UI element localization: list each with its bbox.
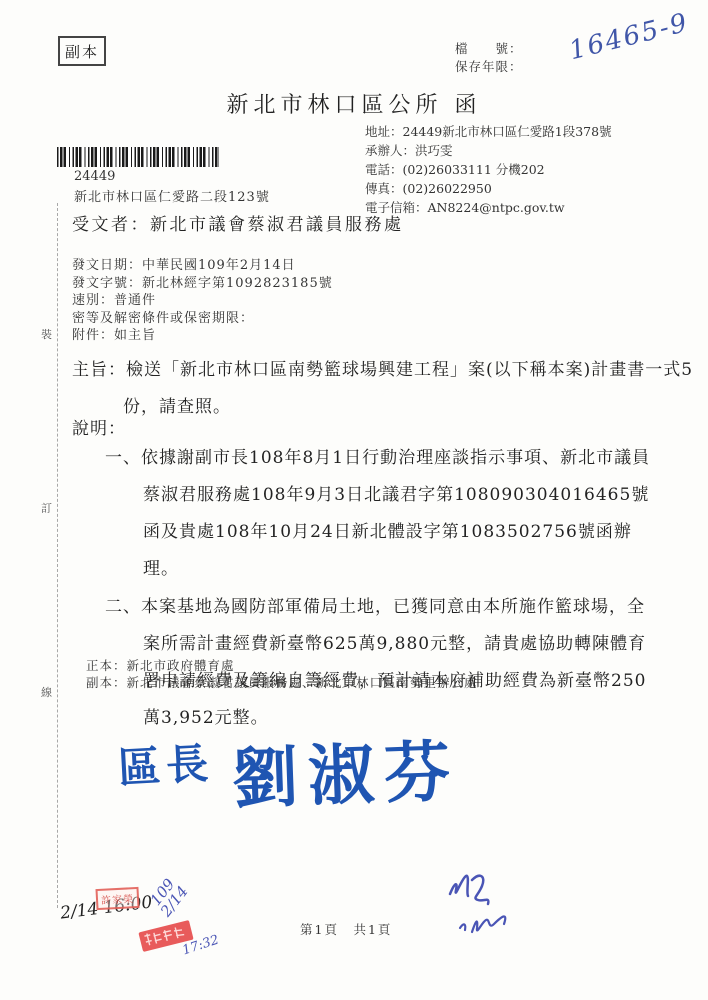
- handwritten-initials-scribble: [432, 866, 542, 970]
- dispatch-date: 發文日期：中華民國109年2月14日: [72, 257, 333, 275]
- copy-recipients: 副本：新北市議會蔡淑君議員服務處、新北市林口區南勢里辦公處: [86, 674, 478, 691]
- blue-scribble-strokes: [432, 866, 542, 966]
- retention-label: 保存年限：: [455, 58, 523, 76]
- explanation-item-1: 一、依據謝副市長108年8月1日行動治理座談指示事項、新北市議員蔡淑君服務處10…: [105, 440, 653, 588]
- handwritten-file-number: 16465-9: [566, 8, 692, 67]
- recipient-zipcode: 24449: [74, 169, 115, 184]
- dispatch-speed: 速別：普通件: [72, 292, 333, 310]
- signature-title: 區長: [116, 731, 215, 796]
- binding-margin-line: [57, 203, 58, 908]
- agency-contact: 承辦人：洪巧雯: [365, 141, 612, 160]
- explanation-label: 說明：: [72, 414, 126, 439]
- dispatch-security: 密等及解密條件或保密期限：: [72, 310, 333, 328]
- page-number: 第1頁 共1頁: [300, 920, 392, 938]
- document-title: 新北市林口區公所 函: [0, 88, 708, 119]
- recipient-street-address: 新北市林口區仁愛路二段123號: [74, 186, 270, 205]
- subject-label: 主旨：: [72, 360, 126, 380]
- dispatch-metadata: 發文日期：中華民國109年2月14日 發文字號：新北林經字第1092823185…: [72, 257, 333, 345]
- handwritten-blue-date: 109 2/14: [147, 874, 191, 919]
- explanation-items: 一、依據謝副市長108年8月1日行動治理座談指示事項、新北市議員蔡淑君服務處10…: [105, 440, 653, 738]
- signature-name: 劉淑芬: [230, 718, 461, 821]
- agency-address: 地址：24449新北市林口區仁愛路1段378號: [365, 122, 612, 141]
- binding-mark-zhuang: 裝: [41, 326, 52, 342]
- file-number-label: 檔 號：: [455, 40, 523, 58]
- agency-info-block: 地址：24449新北市林口區仁愛路1段378號 承辦人：洪巧雯 電話：(02)2…: [365, 122, 612, 217]
- subject-text: 檢送「新北市林口區南勢籃球場興建工程」案(以下稱本案)計畫書一式5份，請查照。: [123, 360, 693, 417]
- distribution-block: 正本：新北市政府體育處 副本：新北市議會蔡淑君議員服務處、新北市林口區南勢里辦公…: [86, 657, 478, 691]
- item-text: 依據謝副市長108年8月1日行動治理座談指示事項、新北市議員蔡淑君服務處108年…: [141, 448, 650, 579]
- dispatch-number: 發文字號：新北林經字第1092823185號: [72, 275, 333, 293]
- copy-label-box: 副本: [58, 36, 106, 66]
- original-recipient: 正本：新北市政府體育處: [86, 657, 478, 674]
- name-stamp: 許家榮: [95, 887, 139, 910]
- file-number-block: 檔 號： 保存年限：: [455, 40, 523, 76]
- subject-paragraph: 主旨：檢送「新北市林口區南勢籃球場興建工程」案(以下稱本案)計畫書一式5份，請查…: [72, 352, 705, 426]
- binding-mark-ding: 訂: [41, 500, 52, 516]
- agency-phone: 電話：(02)26033111 分機202: [365, 160, 612, 179]
- mayor-signature: 區長劉淑芬: [118, 722, 460, 817]
- agency-fax: 傳真：(02)26022950: [365, 179, 612, 198]
- dispatch-attachment: 附件：如主旨: [72, 327, 333, 345]
- binding-mark-xian: 線: [41, 684, 52, 700]
- item-number: 一、: [105, 448, 141, 468]
- item-number: 二、: [105, 597, 141, 617]
- copy-label: 副本: [65, 41, 99, 62]
- mailing-barcode: [57, 147, 219, 167]
- scanned-official-letter: 副本 檔 號： 保存年限： 16465-9 新北市林口區公所 函 地址：2444…: [0, 0, 708, 1000]
- recipient-line: 受文者：新北市議會蔡淑君議員服務處: [72, 210, 404, 235]
